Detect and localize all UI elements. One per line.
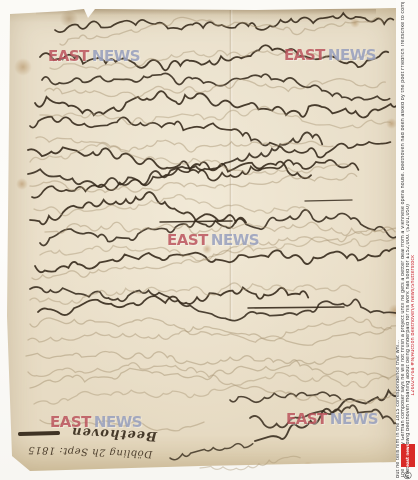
watermark-news: NEWS bbox=[94, 413, 142, 431]
east-news-logo: east news bbox=[401, 444, 415, 467]
east-news-watermark: EASTNEWS bbox=[50, 413, 142, 431]
caption-line: A letter by Ludwig Beethoven moaning abo… bbox=[406, 204, 411, 478]
foxing-spot bbox=[14, 58, 32, 76]
watermark-east: EAST bbox=[286, 410, 327, 428]
stock-photo: Beethoven Döbling 2h Sept: 1815 EASTNEWS… bbox=[0, 0, 418, 480]
watermark-news: NEWS bbox=[211, 231, 259, 249]
east-news-watermark: EASTNEWS bbox=[167, 231, 259, 249]
foxing-spot bbox=[58, 12, 80, 26]
photo-id-line: 12602476a #N/Auction Beethoven/A News/Sh… bbox=[411, 255, 416, 396]
foxing-spot bbox=[350, 18, 360, 28]
foxing-spot bbox=[16, 178, 28, 190]
fold-crease bbox=[229, 10, 233, 320]
east-news-logo-text: east news bbox=[406, 444, 410, 467]
east-news-watermark: EASTNEWS bbox=[284, 46, 376, 64]
caption-strip: 12602476a #N/Auction Beethoven/A News/Sh… bbox=[396, 0, 418, 480]
watermark-news: NEWS bbox=[328, 46, 376, 64]
watermark-news: NEWS bbox=[330, 410, 378, 428]
foxing-spot bbox=[302, 462, 314, 472]
caption-line: The legendary German composer says he wi… bbox=[401, 2, 406, 478]
top-fold-shadow bbox=[36, 9, 376, 15]
east-news-watermark: EASTNEWS bbox=[286, 410, 378, 428]
watermark-east: EAST bbox=[48, 47, 89, 65]
watermark-news: NEWS bbox=[92, 47, 140, 65]
east-news-watermark: EASTNEWS bbox=[48, 47, 140, 65]
watermark-east: EAST bbox=[50, 413, 91, 431]
watermark-east: EAST bbox=[167, 231, 208, 249]
copyright-icon: © bbox=[402, 469, 413, 480]
watermark-east: EAST bbox=[284, 46, 325, 64]
